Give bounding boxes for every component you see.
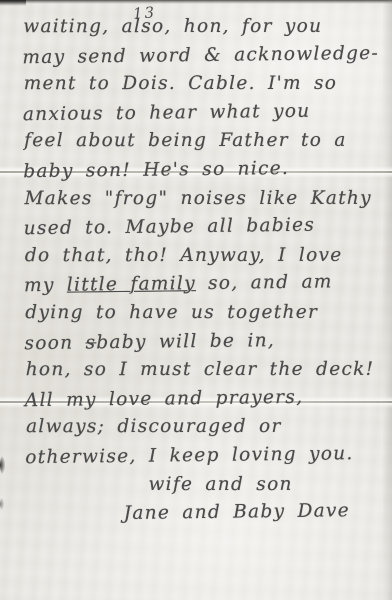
handwritten-line: anxious to hear what you — [23, 100, 383, 133]
line-text: my — [24, 275, 67, 297]
signature-line: Jane and Baby Dave — [26, 500, 386, 533]
handwritten-line: Makes "frog" noises like Kathy — [24, 187, 384, 216]
line-text: baby will be in, — [96, 330, 275, 353]
letter-page: 13 waiting, also, hon, for you may send … — [0, 0, 392, 600]
scan-top-edge — [0, 0, 392, 4]
handwritten-line: otherwise, I keep loving you. — [25, 443, 385, 476]
handwritten-line: my little family so, and am — [24, 271, 384, 304]
handwritten-line: do that, tho! Anyway, I love — [25, 245, 385, 274]
letter-body: waiting, also, hon, for you may send wor… — [22, 15, 386, 532]
handwritten-line: baby son! He's so nice. — [23, 157, 383, 190]
handwritten-line: dying to have us together — [25, 302, 385, 331]
struck-letter: s — [85, 332, 96, 353]
handwritten-line: All my love and prayers, — [25, 386, 385, 419]
underlined-phrase: little family — [67, 273, 196, 296]
line-text: so, and am — [196, 272, 333, 295]
handwritten-line: may send word & acknowledge- — [22, 42, 382, 75]
handwritten-line: hon, so I must clear the deck! — [26, 359, 386, 388]
handwritten-line: ment to Dois. Cable. I'm so — [24, 73, 384, 102]
handwritten-line: used to. Maybe all babies — [24, 214, 384, 247]
handwritten-line: soon sbaby will be in, — [24, 328, 384, 361]
handwritten-line: always; discouraged or — [26, 416, 386, 445]
left-edge-mark — [0, 456, 5, 474]
handwritten-line: waiting, also, hon, for you — [23, 16, 383, 45]
closing-line: wife and son — [26, 473, 386, 502]
handwritten-line: feel about being Father to a — [24, 130, 384, 159]
left-edge-mark — [0, 498, 4, 510]
line-text: soon — [24, 332, 85, 354]
scan-top-corner-mark — [0, 0, 26, 6]
